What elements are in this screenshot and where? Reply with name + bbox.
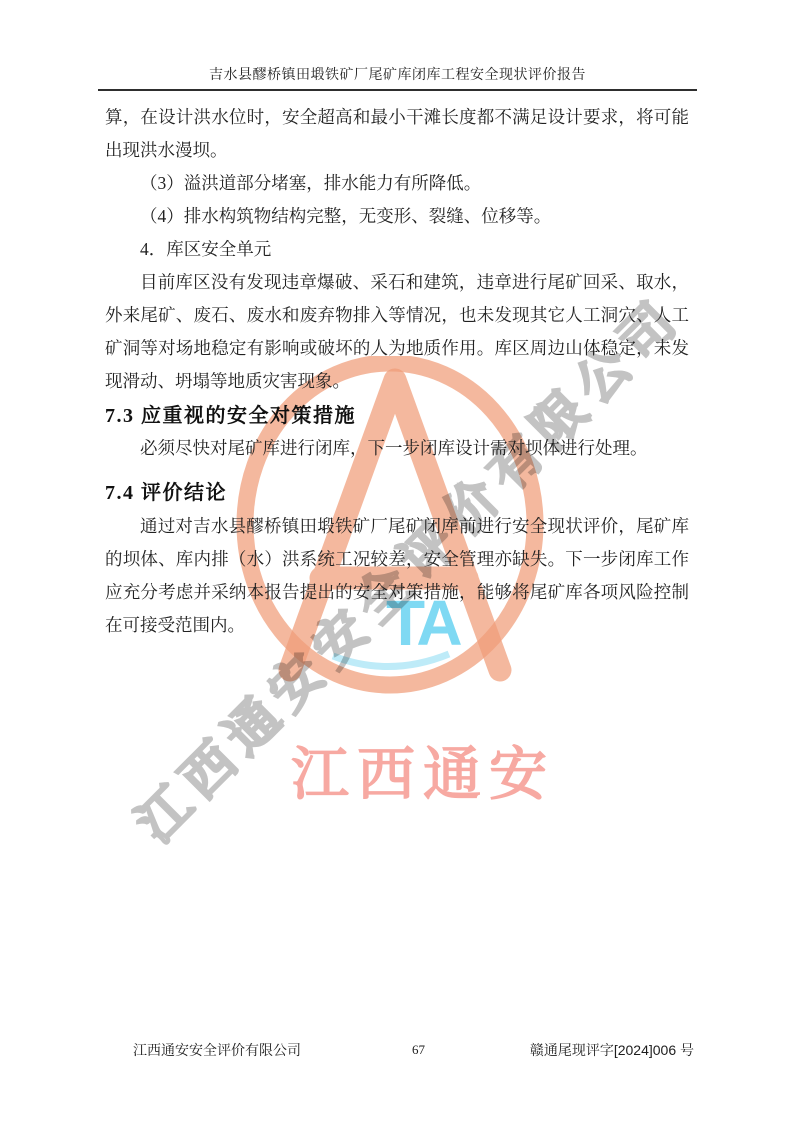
header-title: 吉水县醪桥镇田塅铁矿厂尾矿库闭库工程安全现状评价报告 <box>98 64 697 84</box>
brand-watermark: 江西通安 <box>291 727 555 811</box>
paragraph-flood-overflow: 算，在设计洪水位时，安全超高和最小干滩长度都不满足设计要求，将可能出现洪水漫坝。 <box>105 101 689 167</box>
header-rule <box>98 89 697 91</box>
paragraph-reservoir-area: 目前库区没有发现违章爆破、采石和建筑，违章进行尾矿回采、取水，外来尾矿、废石、废… <box>105 266 689 398</box>
footer-document-number: 赣通尾现评字[2024]006 号 <box>530 1040 694 1060</box>
paragraph-7-4: 通过对吉水县醪桥镇田塅铁矿厂尾矿闭库前进行安全现状评价，尾矿库的坝体、库内排（水… <box>105 510 689 642</box>
footer-page-number: 67 <box>412 1042 425 1058</box>
logo-swoosh-icon <box>333 654 449 667</box>
list-item-unit-4: 4．库区安全单元 <box>105 233 689 266</box>
report-page: 江西通安安全评价有限公司 TA 江西通安 吉水县醪桥镇田塅铁矿厂尾矿库闭库工程安… <box>0 0 793 1122</box>
paragraph-7-3: 必须尽快对尾矿库进行闭库，下一步闭库设计需对坝体进行处理。 <box>105 432 689 465</box>
section-heading-7-4: 7.4 评价结论 <box>105 477 689 509</box>
section-heading-7-3: 7.3 应重视的安全对策措施 <box>105 400 689 432</box>
list-item-3: （3）溢洪道部分堵塞，排水能力有所降低。 <box>105 167 689 200</box>
list-item-4: （4）排水构筑物结构完整，无变形、裂缝、位移等。 <box>105 200 689 233</box>
footer-company-name: 江西通安安全评价有限公司 <box>133 1040 301 1060</box>
document-body: 算，在设计洪水位时，安全超高和最小干滩长度都不满足设计要求，将可能出现洪水漫坝。… <box>105 101 689 642</box>
